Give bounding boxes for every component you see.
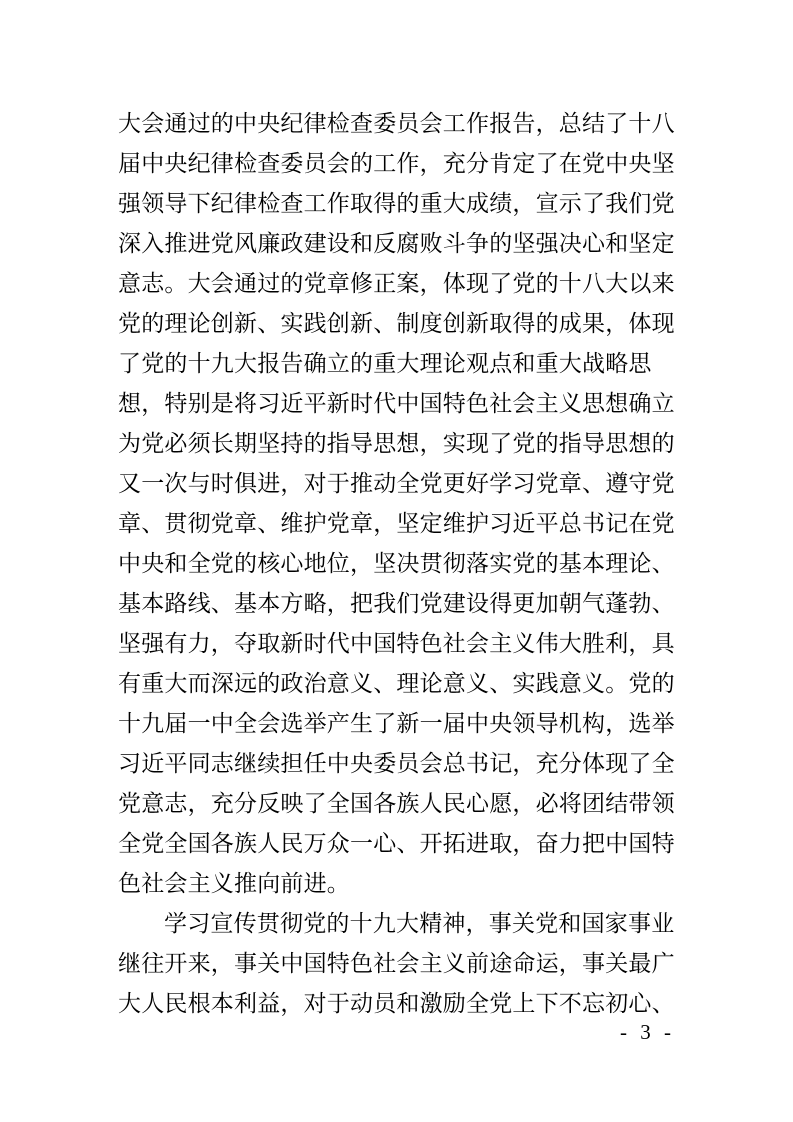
paragraph-1: 大会通过的中央纪律检查委员会工作报告，总结了十八 届中央纪律检查委员会的工作，充…	[118, 104, 680, 904]
page-number: - 3 -	[620, 1020, 675, 1044]
paragraph-2: 学习宣传贯彻党的十九大精神，事关党和国家事业 继往开来，事关中国特色社会主义前途…	[118, 904, 680, 1024]
document-body: 大会通过的中央纪律检查委员会工作报告，总结了十八 届中央纪律检查委员会的工作，充…	[118, 104, 680, 1024]
document-page: 大会通过的中央纪律检查委员会工作报告，总结了十八 届中央纪律检查委员会的工作，充…	[0, 0, 793, 1122]
